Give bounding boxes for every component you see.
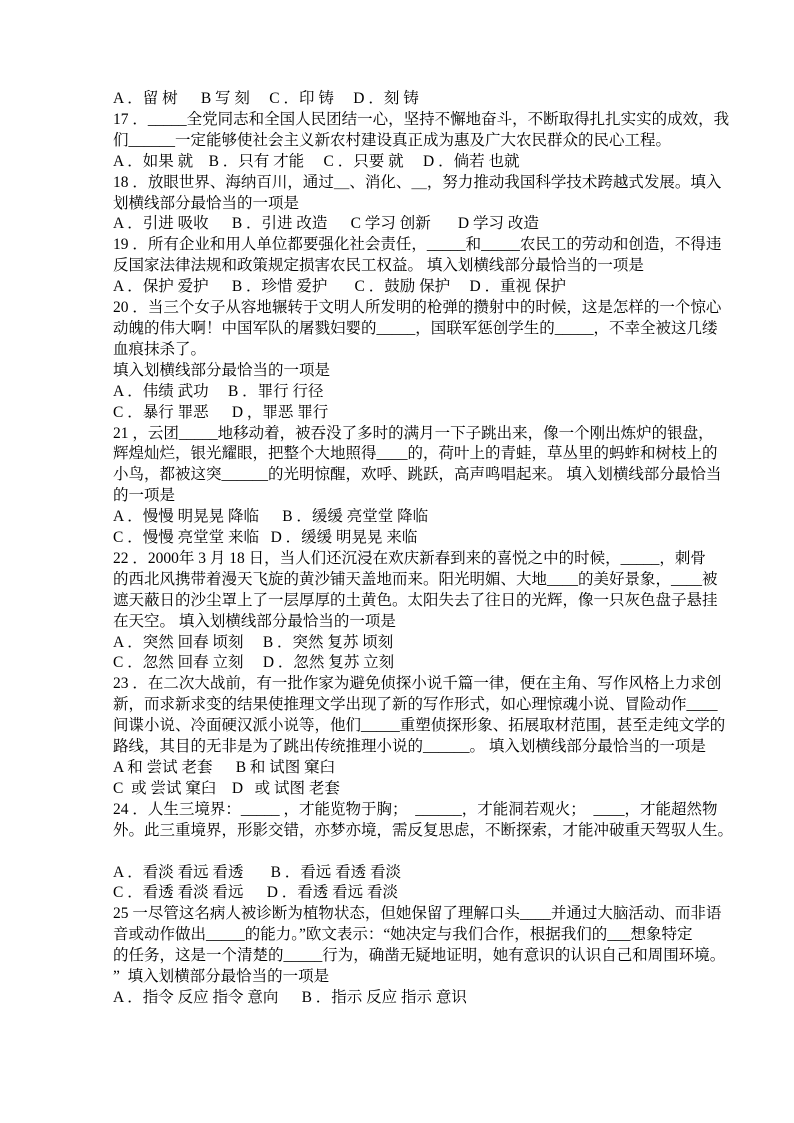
text-line: 动魄的伟大啊！中国军队的屠戮妇婴的_____，国联军惩创学生的_____，不幸全… bbox=[113, 319, 713, 340]
text-line: C ．慢慢 亮堂堂 来临 D ．缓缓 明晃晃 来临 bbox=[113, 528, 713, 549]
text-line: A ．留 树 B 写 刻 C ．印 铸 D ．刻 铸 bbox=[113, 89, 713, 110]
text-line: 血痕抹杀了。 bbox=[113, 340, 713, 361]
text-line: A ．如果 就 B ．只有 才能 C ．只要 就 D ．倘若 也就 bbox=[113, 152, 713, 173]
text-line: 的一项是 bbox=[113, 486, 713, 507]
text-line: 19 ．所有企业和用人单位都要强化社会责任，_____和_____农民工的劳动和… bbox=[113, 235, 713, 256]
document-body: A ．留 树 B 写 刻 C ．印 铸 D ．刻 铸17 ．_____全党同志和… bbox=[113, 89, 713, 1009]
text-line: ” 填入划横部分最恰当的一项是 bbox=[113, 967, 713, 988]
text-line: 的西北风携带着漫天飞旋的黄沙铺天盖地而来。阳光明媚、大地____的美好景象，__… bbox=[113, 570, 713, 591]
text-line: A ．引进 吸收 B ．引进 改造 C 学习 创新 D 学习 改造 bbox=[113, 214, 713, 235]
text-line: 辉煌灿烂，银光耀眼，把整个大地照得____的，荷叶上的青蛙，草丛里的蚂蚱和树枝上… bbox=[113, 444, 713, 465]
text-line: 的任务，这是一个清楚的_____行为，确凿无疑地证明，她有意识的认识自己和周围环… bbox=[113, 946, 713, 967]
text-line: C ．忽然 回春 立刻 D ．忽然 复苏 立刻 bbox=[113, 653, 713, 674]
text-line: C ．暴行 罪恶 D ，罪恶 罪行 bbox=[113, 403, 713, 424]
text-line: A ．指令 反应 指令 意向 B ．指示 反应 指示 意识 bbox=[113, 988, 713, 1009]
text-line: 小鸟，都被这突______的光明惊醒，欢呼、跳跃，高声鸣唱起来。 填入划横线部分… bbox=[113, 465, 713, 486]
text-line: 遮天蔽日的沙尘罩上了一层厚厚的土黄色。太阳失去了往日的光辉，像一只灰色盘子悬挂 bbox=[113, 591, 713, 612]
text-line: A ．伟绩 武功 B ．罪行 行径 bbox=[113, 382, 713, 403]
text-line: 22 ．2000年 3 月 18 日，当人们还沉浸在欢庆新春到来的喜悦之中的时候… bbox=[113, 549, 713, 570]
text-line: 划横线部分最恰当的一项是 bbox=[113, 194, 713, 215]
text-line: 外。此三重境界，形影交错，亦梦亦境，需反复思虑，不断探索，才能冲破重天驾驭人生。 bbox=[113, 821, 713, 842]
text-line: 18 ．放眼世界、海纳百川，通过＿、消化、＿，努力推动我国科学技术跨越式发展。填… bbox=[113, 173, 713, 194]
text-line: 在天空。 填入划横线部分最恰当的一项是 bbox=[113, 612, 713, 633]
text-line: 们______一定能够使社会主义新农村建设真正成为惠及广大农民群众的民心工程。 bbox=[113, 131, 713, 152]
text-line: C ．看透 看淡 看远 D ．看透 看远 看淡 bbox=[113, 883, 713, 904]
text-line: 新，而求新求变的结果使推理文学出现了新的写作形式，如心理惊魂小说、冒险动作___… bbox=[113, 695, 713, 716]
text-line: 23 ．在二次大战前，有一批作家为避免侦探小说千篇一律，便在主角、写作风格上力求… bbox=[113, 674, 713, 695]
text-line: 路线，其目的无非是为了跳出传统推理小说的______。 填入划横线部分最恰当的一… bbox=[113, 737, 713, 758]
text-line: 17 ．_____全党同志和全国人民团结一心，坚持不懈地奋斗，不断取得扎扎实实的… bbox=[113, 110, 713, 131]
text-line: 音或动作做出_____的能力。”欧文表示：“她决定与我们合作，根据我们的___想… bbox=[113, 925, 713, 946]
text-line: 20 ．当三个女子从容地辗转于文明人所发明的枪弹的攒射中的时候，这是怎样的一个惊… bbox=[113, 298, 713, 319]
text-line: 25 一尽管这名病人被诊断为植物状态，但她保留了理解口头____并通过大脑活动、… bbox=[113, 904, 713, 925]
text-line: 24 ．人生三境界：_____ ，才能览物于胸； ______，才能洞若观火； … bbox=[113, 800, 713, 821]
text-line: A ．突然 回春 顷刻 B ．突然 复苏 顷刻 bbox=[113, 633, 713, 654]
text-line bbox=[113, 842, 713, 863]
text-line: A ．保护 爱护 B ．珍惜 爱护 C ．鼓励 保护 D ．重视 保护 bbox=[113, 277, 713, 298]
text-line: A ．慢慢 明晃晃 降临 B ．缓缓 亮堂堂 降临 bbox=[113, 507, 713, 528]
text-line: 21 ，云团_____地移动着，被吞没了多时的满月一下子跳出来，像一个刚出炼炉的… bbox=[113, 424, 713, 445]
text-line: C 或 尝试 窠臼 D 或 试图 老套 bbox=[113, 779, 713, 800]
text-line: 反国家法律法规和政策规定损害农民工权益。 填入划横线部分最恰当的一项是 bbox=[113, 256, 713, 277]
text-line: 填入划横线部分最恰当的一项是 bbox=[113, 361, 713, 382]
text-line: A ．看淡 看远 看透 B ．看远 看透 看淡 bbox=[113, 863, 713, 884]
text-line: A 和 尝试 老套 B 和 试图 窠臼 bbox=[113, 758, 713, 779]
exam-page: A ．留 树 B 写 刻 C ．印 铸 D ．刻 铸17 ．_____全党同志和… bbox=[0, 0, 794, 1123]
text-line: 间谍小说、冷面硬汉派小说等，他们_____重塑侦探形象、拓展取材范围，甚至走纯文… bbox=[113, 716, 713, 737]
